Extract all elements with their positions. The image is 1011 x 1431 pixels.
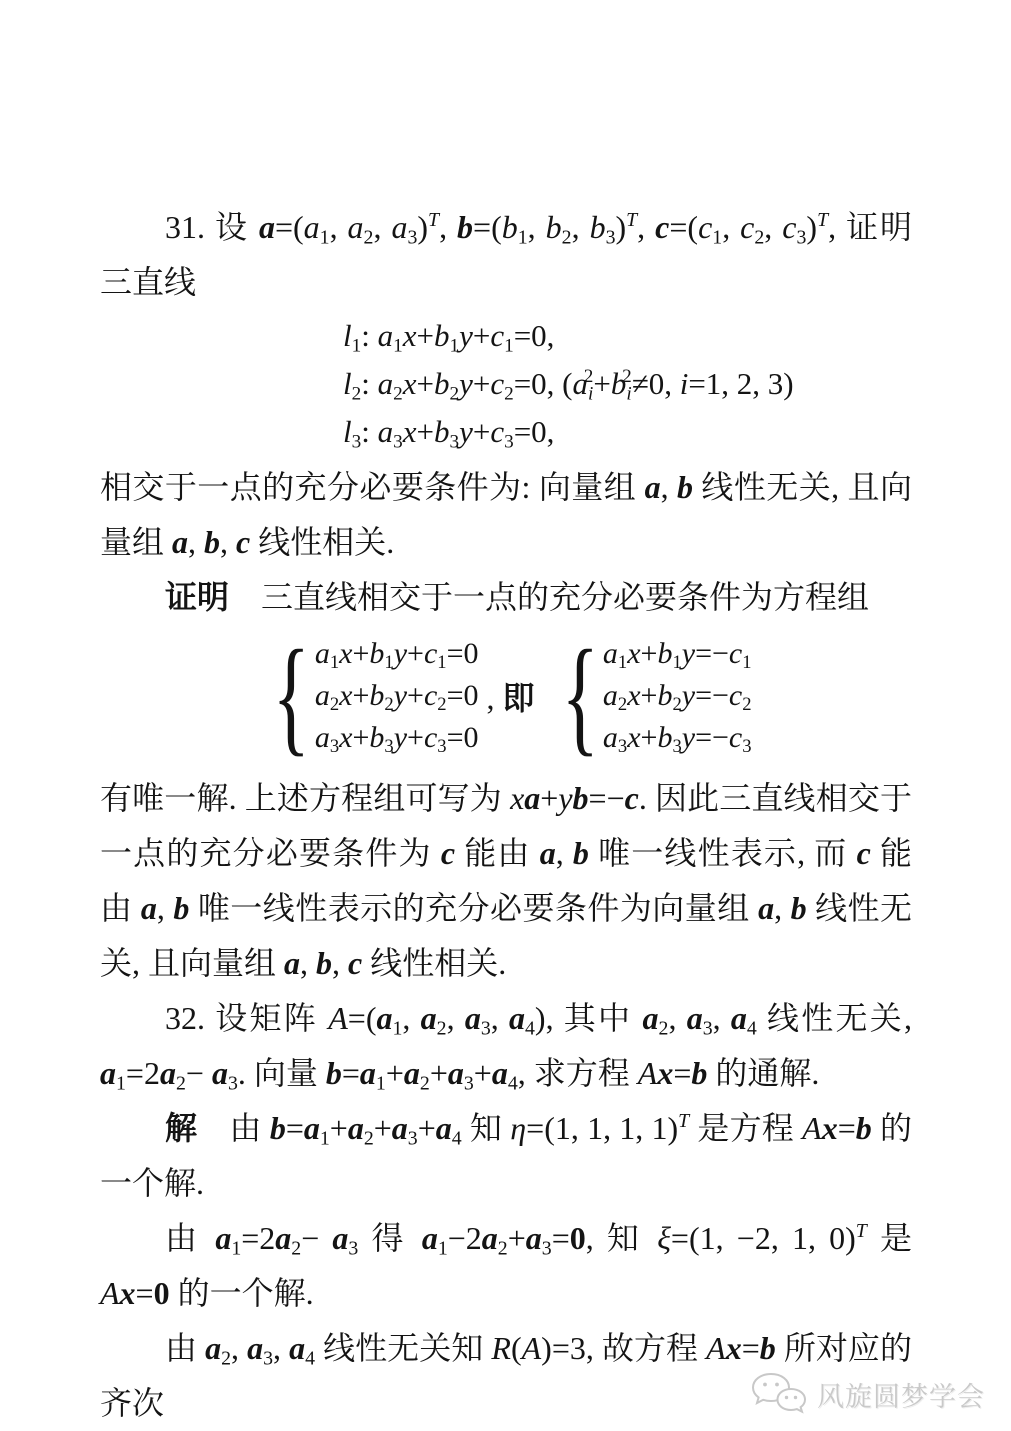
text-run: a <box>275 1220 291 1256</box>
text-run: b <box>546 209 562 245</box>
text-run: a <box>603 679 618 712</box>
text-run: c <box>490 318 504 353</box>
text-run: = <box>342 1055 360 1091</box>
text-run: 2 <box>437 1018 447 1040</box>
text-run: a <box>215 1220 231 1256</box>
text-run: 2 <box>330 694 339 715</box>
text-run: b <box>590 209 606 245</box>
text-run: 2 <box>291 1238 301 1260</box>
text-run: c <box>424 637 437 670</box>
text-run: =0 <box>447 721 479 754</box>
text-run: c <box>729 637 742 670</box>
text-run: + <box>352 679 369 712</box>
text-run: 1 <box>712 227 722 249</box>
text-run: 三直线相交于一点的充分必要条件为方程组 <box>229 579 869 615</box>
text-run: 2 <box>742 694 751 715</box>
text-run: a <box>315 721 330 754</box>
text-run: b <box>657 679 672 712</box>
text-run: 3 <box>481 1018 491 1040</box>
text-run: 2 <box>584 366 594 387</box>
text-run: 由 <box>165 1220 215 1256</box>
lines-l1-l2-l3: l1: a1x+b1y+c1=0,l2: a2x+b2y+c2=0, (ai2+… <box>100 312 912 456</box>
text-run: c <box>782 209 796 245</box>
text-run: = <box>742 1330 760 1366</box>
text-run: =1, 2, 3) <box>688 366 793 401</box>
text-run: =0, <box>514 318 555 353</box>
text-run: a <box>404 1055 420 1091</box>
text-run: , 求方程 <box>518 1055 638 1091</box>
text-run: , <box>300 945 316 981</box>
text-run: 1 <box>438 1238 448 1260</box>
text-run: =(1, 1, 1, 1) <box>526 1110 678 1146</box>
text-run: 有唯一解. 上述方程组可写为 <box>100 780 510 816</box>
text-run: , <box>330 209 348 245</box>
text-run: y <box>682 679 695 712</box>
text-run: : <box>361 414 377 449</box>
text-run: : <box>361 366 377 401</box>
solution-xi: 由 a1=2a2− a3 得 a1−2a2+a3=0, 知 ξ=(1, −2, … <box>100 1211 912 1321</box>
text-run: 3 <box>393 431 403 452</box>
text-run: =2 <box>126 1055 160 1091</box>
text-run: 3 <box>672 736 681 757</box>
text-run: + <box>374 1110 392 1146</box>
text-run: b <box>434 414 450 449</box>
text-run: b <box>657 721 672 754</box>
text-run: , <box>447 1000 465 1036</box>
text-run: 3 <box>407 227 417 249</box>
document: 31. 设 a=(a1, a2, a3)T, b=(b1, b2, b3)T, … <box>100 200 912 1431</box>
document-content: 31. 设 a=(a1, a2, a3)T, b=(b1, b2, b3)T, … <box>100 200 912 1431</box>
text-run: x <box>627 721 640 754</box>
text-run: + <box>352 721 369 754</box>
text-run: 2 <box>562 227 572 249</box>
text-run: , <box>713 1000 731 1036</box>
text-run: 相交于一点的充分必要条件为: 向量组 <box>100 469 645 505</box>
text-run: 是 <box>867 1220 912 1256</box>
text-run: , <box>402 1000 420 1036</box>
text-run: + <box>473 414 490 449</box>
text-run: b <box>369 637 384 670</box>
text-run: 线性无关, <box>757 1000 912 1036</box>
text-run: c <box>740 209 754 245</box>
text-run: + <box>508 1220 526 1256</box>
problem-32: 32. 设矩阵 A=(a1, a2, a3, a4), 其中 a2, a3, a… <box>100 991 912 1101</box>
text-run: y <box>459 318 473 353</box>
text-run: 4 <box>305 1348 315 1370</box>
text-run: x <box>657 1055 673 1091</box>
text-run: b <box>573 835 589 871</box>
text-run: a <box>172 524 188 560</box>
text-run: b <box>173 890 189 926</box>
text-run: 1 <box>116 1073 126 1095</box>
solution-eta: 解 由 b=a1+a2+a3+a4 知 η=(1, 1, 1, 1)T 是方程 … <box>100 1101 912 1211</box>
system-connector: , 即 <box>486 673 534 719</box>
text-run: 线性无关知 <box>315 1330 491 1366</box>
text-run: , 知 <box>586 1220 657 1256</box>
text-run: , <box>722 209 740 245</box>
text-run: , <box>231 1330 247 1366</box>
text-run: , <box>668 1000 686 1036</box>
text-run: l <box>343 414 352 449</box>
equation-line: l2: a2x+b2y+c2=0, (ai2+bi2≠0, i=1, 2, 3) <box>343 360 912 408</box>
page: { "page": { "background": "#ffffff", "te… <box>0 0 1011 1431</box>
text-run: 3 <box>408 1128 418 1150</box>
text-run: a <box>645 469 661 505</box>
text-run: 3 <box>464 1073 474 1095</box>
text-run: = <box>286 1110 304 1146</box>
text-run: y <box>394 637 407 670</box>
text-run: 3 <box>348 1238 358 1260</box>
text-run: a <box>603 721 618 754</box>
text-run: ) <box>417 209 428 245</box>
text-run: x <box>726 1330 742 1366</box>
text-run: 1 <box>320 227 330 249</box>
text-run: 1 <box>672 652 681 673</box>
equation-line: a2x+b2y+c2=0 <box>315 675 479 717</box>
text-run: 2 <box>498 1238 508 1260</box>
text-run: c <box>490 366 504 401</box>
text-run: 线性相关. <box>250 524 394 560</box>
text-run: a <box>448 1055 464 1091</box>
text-run: 2 <box>221 1348 231 1370</box>
text-run: 2 <box>754 227 764 249</box>
brace-group: {a1x+b1y=−c1a2x+b2y=−c2a3x+b3y=−c3 <box>549 633 752 759</box>
text-run: b <box>326 1055 342 1091</box>
text-run: a <box>360 1055 376 1091</box>
text-run: a <box>348 209 364 245</box>
wechat-icon <box>750 1371 808 1417</box>
text-run: , <box>491 1000 509 1036</box>
text-run: + <box>418 1110 436 1146</box>
text-run: a <box>524 780 540 816</box>
text-run: . 向量 <box>238 1055 326 1091</box>
text-run: a <box>603 637 618 670</box>
text-run: a <box>378 414 394 449</box>
text-run: = <box>136 1275 154 1311</box>
equation-line: a1x+b1y=−c1 <box>603 633 752 675</box>
text-run: a <box>378 366 394 401</box>
text-run: a <box>304 1110 320 1146</box>
text-run: 1 <box>449 335 459 356</box>
equation-line: l3: a3x+b3y+c3=0, <box>343 408 912 456</box>
text-run: − <box>301 1220 332 1256</box>
text-run: =( <box>669 209 698 245</box>
text-run: a <box>392 1110 408 1146</box>
text-run: b <box>502 209 518 245</box>
text-run: a <box>348 1110 364 1146</box>
watermark: 风旋圆梦学会 <box>750 1371 985 1417</box>
text-run: c <box>857 835 871 871</box>
text-run: 3 <box>606 227 616 249</box>
text-run: + <box>641 637 658 670</box>
text-run: 由 <box>197 1110 270 1146</box>
text-run: l <box>343 318 352 353</box>
text-run: A <box>100 1275 120 1311</box>
text-run: b <box>434 318 450 353</box>
text-run: 2 <box>622 366 632 387</box>
text-run: a <box>376 1000 392 1036</box>
text-run: , <box>157 890 173 926</box>
text-run: 1 <box>518 227 528 249</box>
text-run: 2 <box>672 694 681 715</box>
text-run: , <box>332 945 348 981</box>
text-run: y <box>682 637 695 670</box>
text-run: , <box>188 524 204 560</box>
text-run: 3 <box>618 736 627 757</box>
text-run: a <box>540 835 556 871</box>
text-run: c <box>348 945 362 981</box>
text-run: y <box>459 414 473 449</box>
text-run: 2 <box>364 227 374 249</box>
text-run: , <box>373 209 391 245</box>
text-run: c <box>729 721 742 754</box>
text-run: 1 <box>376 1073 386 1095</box>
text-run: = <box>552 1220 570 1256</box>
text-run: a <box>687 1000 703 1036</box>
text-run: : <box>361 318 377 353</box>
text-run: + <box>641 721 658 754</box>
text-run: ≠0, <box>632 366 680 401</box>
text-run: 4 <box>525 1018 535 1040</box>
text-run: a <box>304 209 320 245</box>
text-run: 得 <box>358 1220 421 1256</box>
text-run: b <box>204 524 220 560</box>
text-run: =2 <box>241 1220 275 1256</box>
text-run: =− <box>589 780 625 816</box>
text-run: 4 <box>452 1128 462 1150</box>
proof-intro: 证明 三直线相交于一点的充分必要条件为方程组 <box>100 570 912 625</box>
text-run: 3 <box>449 431 459 452</box>
equation-line: a3x+b3y+c3=0 <box>315 717 479 759</box>
text-run: + <box>474 1055 492 1091</box>
text-run: x <box>403 414 417 449</box>
equation-system: {a1x+b1y+c1=0a2x+b2y+c2=0a3x+b3y+c3=0, 即… <box>100 633 912 759</box>
text-run: 2 <box>420 1073 430 1095</box>
text-run: , <box>220 524 236 560</box>
text-run: x <box>627 679 640 712</box>
text-run: 3 <box>542 1238 552 1260</box>
text-run: b <box>657 637 672 670</box>
text-run: + <box>352 637 369 670</box>
text-run: = <box>673 1055 691 1091</box>
text-run: , <box>273 1330 289 1366</box>
text-run: ) <box>615 209 626 245</box>
text-run: a <box>100 1055 116 1091</box>
text-run: , <box>774 890 790 926</box>
text-run: =0 <box>447 679 479 712</box>
text-run: 1 <box>437 652 446 673</box>
text-run: a <box>205 1330 221 1366</box>
text-run: , <box>637 209 655 245</box>
text-run: 2 <box>437 694 446 715</box>
text-run: + <box>407 637 424 670</box>
text-run: 3 <box>263 1348 273 1370</box>
text-run: 1 <box>392 1018 402 1040</box>
text-run: + <box>641 679 658 712</box>
text-run: , <box>528 209 546 245</box>
text-run: =− <box>695 721 729 754</box>
text-run: 3 <box>703 1018 713 1040</box>
text-run: + <box>540 780 558 816</box>
text-run: b <box>791 890 807 926</box>
text-run: x <box>627 637 640 670</box>
text-run: a <box>643 1000 659 1036</box>
text-run: 3 <box>384 736 393 757</box>
left-brace: { <box>273 633 310 759</box>
text-run: y <box>682 721 695 754</box>
text-run: , <box>661 469 677 505</box>
text-run: , <box>486 680 502 716</box>
text-run: , <box>764 209 782 245</box>
text-run: a <box>465 1000 481 1036</box>
text-run: η <box>510 1110 526 1146</box>
text-run: x <box>822 1110 838 1146</box>
text-run: a <box>509 1000 525 1036</box>
text-run: A <box>802 1110 822 1146</box>
text-run: y <box>394 721 407 754</box>
text-run: −2 <box>448 1220 482 1256</box>
text-run: 4 <box>747 1018 757 1040</box>
text-run: 线性相关. <box>362 945 506 981</box>
text-run: 即 <box>502 680 534 716</box>
text-run: 知 <box>462 1110 511 1146</box>
text-run: c <box>729 679 742 712</box>
text-run: c <box>655 209 669 245</box>
watermark-text: 风旋圆梦学会 <box>817 1375 985 1414</box>
equation-line: a1x+b1y+c1=0 <box>315 633 479 675</box>
text-run: y <box>558 780 572 816</box>
text-run: a <box>259 209 275 245</box>
text-run: 2 <box>449 383 459 404</box>
text-run: A <box>706 1330 726 1366</box>
text-run: 2 <box>176 1073 186 1095</box>
text-run: 由 <box>165 1330 205 1366</box>
text-run: b <box>369 721 384 754</box>
text-run: a <box>212 1055 228 1091</box>
text-run: a <box>421 1000 437 1036</box>
text-run: 3 <box>228 1073 238 1095</box>
text-run: 1 <box>504 335 514 356</box>
equation-line: l1: a1x+b1y+c1=0, <box>343 312 912 360</box>
text-run: b <box>691 1055 707 1091</box>
text-run: 3 <box>504 431 514 452</box>
text-run: c <box>424 721 437 754</box>
text-run: + <box>430 1055 448 1091</box>
text-run: y <box>459 366 473 401</box>
equation-line: a2x+b2y=−c2 <box>603 675 752 717</box>
text-run: 3 <box>330 736 339 757</box>
text-run: + <box>407 679 424 712</box>
text-run: 1 <box>618 652 627 673</box>
deduction: 有唯一解. 上述方程组可写为 xa+yb=−c. 因此三直线相交于一点的充分必要… <box>100 771 912 991</box>
text-run: A <box>522 1330 542 1366</box>
text-run: 2 <box>504 383 514 404</box>
text-run: a <box>315 679 330 712</box>
text-run: x <box>120 1275 136 1311</box>
text-run: l <box>343 366 352 401</box>
text-run: 2 <box>384 694 393 715</box>
text-run: 2 <box>618 694 627 715</box>
text-run: 1 <box>742 652 751 673</box>
system-rows: a1x+b1y=−c1a2x+b2y=−c2a3x+b3y=−c3 <box>603 633 752 759</box>
text-run: b <box>369 679 384 712</box>
text-run: ( <box>511 1330 522 1366</box>
text-run: + <box>330 1110 348 1146</box>
text-run: a <box>731 1000 747 1036</box>
text-run: 1 <box>330 652 339 673</box>
text-run: 1 <box>384 652 393 673</box>
text-run: + <box>416 414 433 449</box>
text-run: 2 <box>352 383 362 404</box>
equation-line: a3x+b3y=−c3 <box>603 717 752 759</box>
text-run: 3 <box>352 431 362 452</box>
text-run: + <box>416 318 433 353</box>
text-run: b <box>677 469 693 505</box>
text-run: 解 <box>165 1110 197 1146</box>
text-run: a <box>436 1110 452 1146</box>
text-run: + <box>473 318 490 353</box>
text-run: + <box>473 366 490 401</box>
text-run: 0 <box>570 1220 586 1256</box>
text-run: a <box>526 1220 542 1256</box>
text-run: a <box>422 1220 438 1256</box>
statement-condition: 相交于一点的充分必要条件为: 向量组 a, b 线性无关, 且向量组 a, b,… <box>100 460 912 570</box>
text-run: 32. 设矩阵 <box>165 1000 328 1036</box>
text-run: T <box>856 1220 867 1242</box>
text-run: + <box>386 1055 404 1091</box>
text-run: c <box>490 414 504 449</box>
text-run: , <box>439 209 457 245</box>
text-run: 3 <box>796 227 806 249</box>
text-run: b <box>434 366 450 401</box>
text-run: T <box>428 209 439 231</box>
text-run: T <box>678 1110 689 1132</box>
text-run: =− <box>695 679 729 712</box>
text-run: x <box>339 721 352 754</box>
text-run: =0, ( <box>514 366 573 401</box>
text-run: 的一个解. <box>170 1275 314 1311</box>
text-run: T <box>626 209 637 231</box>
text-run: 唯一线性表示的充分必要条件为向量组 <box>189 890 758 926</box>
text-run: a <box>332 1220 348 1256</box>
text-run: − <box>186 1055 212 1091</box>
text-run: a <box>289 1330 305 1366</box>
text-run: 31. 设 <box>165 209 259 245</box>
text-run: c <box>441 835 455 871</box>
text-run: 2 <box>393 383 403 404</box>
text-run: a <box>160 1055 176 1091</box>
text-run: a <box>492 1055 508 1091</box>
text-run: A <box>638 1055 658 1091</box>
text-run: 3 <box>742 736 751 757</box>
text-run: 2 <box>659 1018 669 1040</box>
text-run: ), 其中 <box>535 1000 643 1036</box>
text-run: a <box>284 945 300 981</box>
text-run: 的通解. <box>707 1055 819 1091</box>
text-run: T <box>817 209 828 231</box>
text-run: =− <box>695 637 729 670</box>
text-run: a <box>141 890 157 926</box>
text-run: 2 <box>364 1128 374 1150</box>
text-run: 唯一线性表示, 而 <box>589 835 857 871</box>
text-run: x <box>339 637 352 670</box>
brace-group: {a1x+b1y+c1=0a2x+b2y+c2=0a3x+b3y+c3=0 <box>260 633 478 759</box>
text-run: y <box>394 679 407 712</box>
text-run: 证明 <box>165 579 229 615</box>
text-run: a <box>247 1330 263 1366</box>
text-run: x <box>510 780 524 816</box>
text-run: a <box>315 637 330 670</box>
